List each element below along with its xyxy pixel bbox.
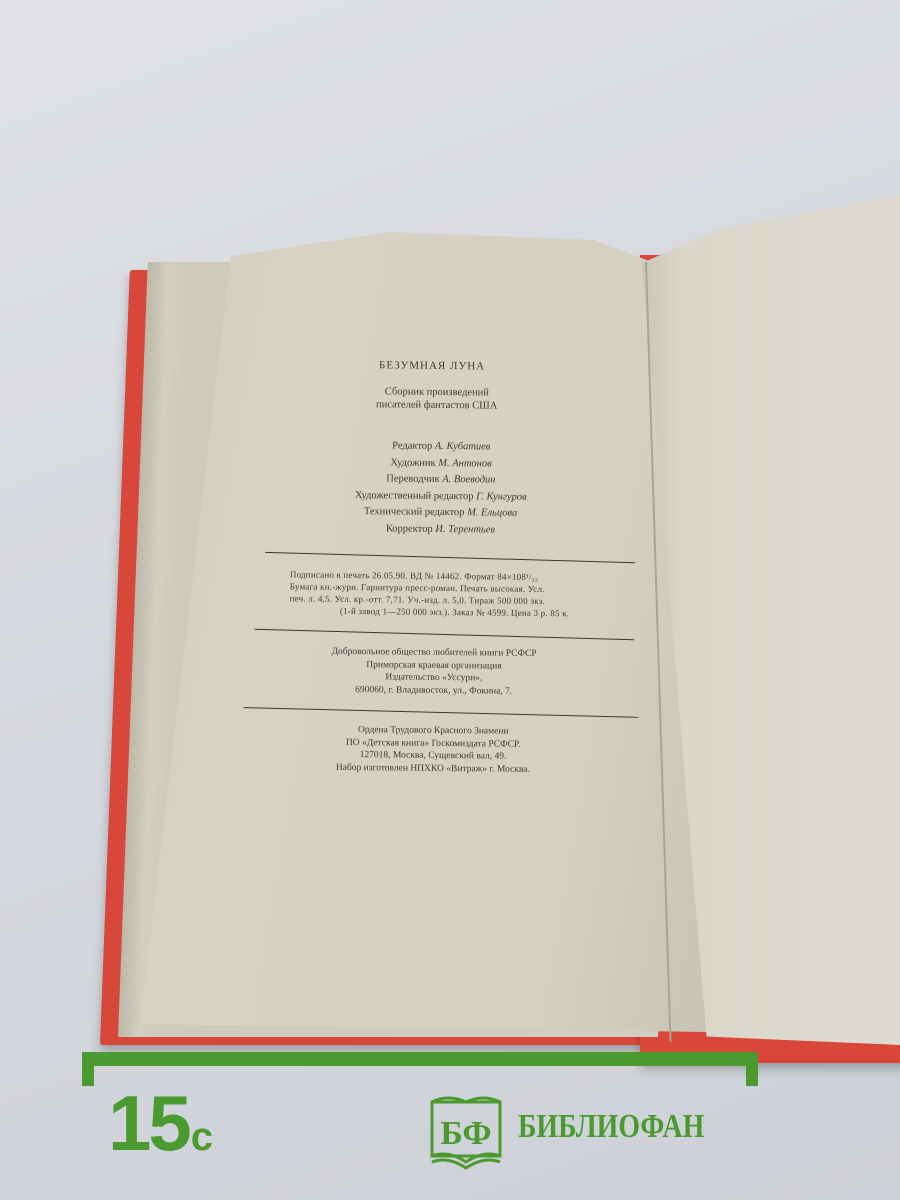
book-photo: БЕЗУМНАЯ ЛУНА Сборник произведений писат…: [0, 0, 900, 1200]
divider: [244, 707, 639, 718]
price-tag: 15с: [108, 1078, 213, 1182]
label-bracket-right: [746, 1052, 758, 1086]
credit-line: Корректор И. Терентьев: [230, 519, 650, 540]
open-book-icon: БФ: [428, 1092, 504, 1172]
imprint-block: Подписано в печать 26.05.90. ВД № 14462.…: [289, 568, 619, 619]
colophon: БЕЗУМНАЯ ЛУНА Сборник произведений писат…: [238, 358, 652, 777]
price-value: 15: [108, 1079, 189, 1167]
imprint-line: (1-й завод 1—250 000 экз.). Заказ № 4599…: [289, 604, 619, 619]
book-subtitle: Сборник произведений писателей фантастов…: [222, 384, 652, 415]
label-top-bar: [82, 1052, 758, 1066]
publisher-block: Добровольное общество любителей книги РС…: [219, 645, 650, 700]
label-bracket-left: [82, 1052, 94, 1086]
credits-list: Редактор А. Кубатиев Художник М. Антонов…: [230, 437, 651, 540]
price-unit: с: [191, 1115, 213, 1159]
logo-monogram: БФ: [440, 1115, 491, 1152]
printer-block: Ордена Трудового Красного Знамени ПО «Де…: [218, 723, 649, 778]
divider: [265, 552, 635, 563]
divider: [254, 629, 634, 641]
brand-name: БИБЛИОФАН: [518, 1108, 704, 1146]
